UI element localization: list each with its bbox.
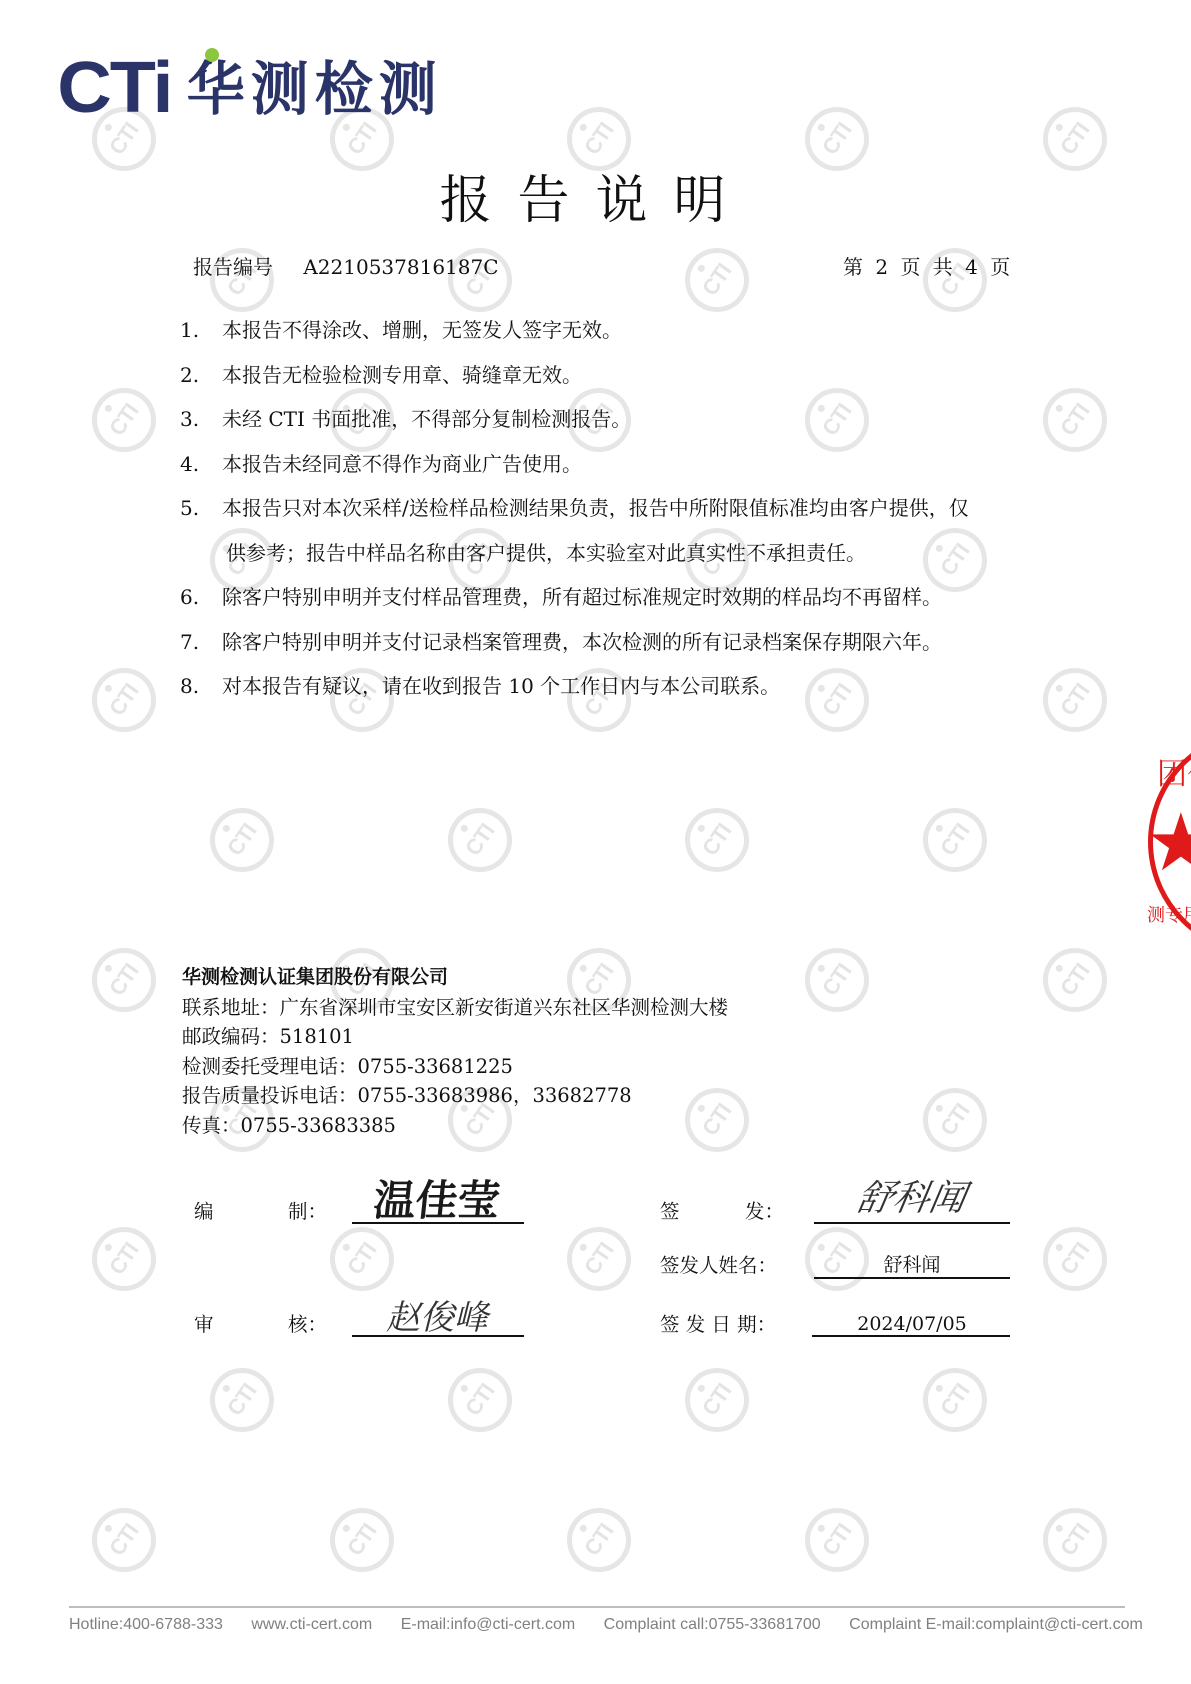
issued-label-b: 发： — [745, 1196, 784, 1224]
issued-signature-line — [814, 1222, 1010, 1224]
reviewed-label-b: 核： — [288, 1309, 327, 1337]
official-seal: 团公 ★ 测专用 — [1148, 728, 1191, 956]
footer-website: www.cti-cert.com — [251, 1616, 372, 1633]
note-item: 1. 本报告不得涂改、增删，无签发人签字无效。 — [180, 308, 1020, 353]
seal-star-icon: ★ — [1145, 803, 1191, 883]
reviewed-signature: 赵俊峰 — [352, 1290, 522, 1339]
note-item: 3. 未经 CTI 书面批准，不得部分复制检测报告。 — [180, 397, 1020, 442]
issue-date: 2024/07/05 — [814, 1313, 1010, 1335]
compiled-label-b: 制： — [288, 1196, 327, 1224]
logo-green-dot — [205, 48, 219, 62]
reviewed-label-a: 审 — [194, 1309, 214, 1337]
company-info: 华测检测认证集团股份有限公司 联系地址：广东省深圳市宝安区新安街道兴东社区华测检… — [182, 963, 728, 1140]
issued-signature: 舒科闻 — [810, 1170, 1015, 1221]
note-item: 5. 本报告只对本次采样/送检样品检测结果负责，报告中所附限值标准均由客户提供，… — [180, 486, 1020, 531]
compiled-signature: 温佳莹 — [349, 1168, 525, 1228]
cti-logo: CTi 华测检测 — [60, 52, 443, 124]
seal-text-bottom: 测专用 — [1147, 901, 1191, 927]
issued-label-a: 签 — [660, 1196, 680, 1224]
footer-email: E-mail:info@cti-cert.com — [401, 1616, 576, 1633]
notes-list: 1. 本报告不得涂改、增删，无签发人签字无效。 2. 本报告无检验检测专用章、骑… — [180, 308, 1020, 709]
compiled-label-a: 编 — [194, 1196, 214, 1224]
issue-date-line — [812, 1335, 1010, 1337]
note-item: 7. 除客户特别申明并支付记录档案管理费，本次检测的所有记录档案保存期限六年。 — [180, 620, 1020, 665]
note-item: 2. 本报告无检验检测专用章、骑缝章无效。 — [180, 353, 1020, 398]
company-name: 华测检测认证集团股份有限公司 — [182, 963, 728, 993]
page-indicator: 第 2 页 共 4 页 — [843, 251, 1013, 280]
report-number-label: 报告编号 — [193, 255, 273, 279]
seal-text-top: 团公 — [1157, 749, 1191, 793]
footer-divider — [69, 1606, 1125, 1608]
footer-hotline: Hotline:400-6788-333 — [69, 1616, 223, 1633]
report-number: 报告编号 A2210537816187C — [193, 251, 499, 280]
entrust-phone: 检测委托受理电话：0755-33681225 — [182, 1052, 728, 1082]
compiled-signature-line — [352, 1222, 524, 1224]
company-address: 联系地址：广东省深圳市宝安区新安街道兴东社区华测检测大楼 — [182, 993, 728, 1023]
footer-complaint-call: Complaint call:0755-33681700 — [604, 1616, 821, 1633]
issuer-name-label: 签发人姓名： — [660, 1250, 777, 1278]
logo-mark: CTi — [57, 52, 171, 124]
note-item: 6. 除客户特别申明并支付样品管理费，所有超过标准规定时效期的样品均不再留样。 — [180, 575, 1020, 620]
logo-chinese-name: 华测检测 — [187, 54, 443, 124]
page-title: 报告说明 — [0, 158, 1191, 233]
note-item-continuation: 供参考；报告中样品名称由客户提供，本实验室对此真实性不承担责任。 — [180, 531, 1020, 576]
issuer-name: 舒科闻 — [814, 1250, 1010, 1277]
issue-date-label: 签 发 日 期： — [660, 1309, 776, 1337]
note-item: 8. 对本报告有疑议，请在收到报告 10 个工作日内与本公司联系。 — [180, 664, 1020, 709]
report-number-value: A2210537816187C — [303, 255, 498, 279]
complaint-phone: 报告质量投诉电话：0755-33683986，33682778 — [182, 1081, 728, 1111]
fax: 传真：0755-33683385 — [182, 1111, 728, 1141]
footer: Hotline:400-6788-333 www.cti-cert.com E-… — [69, 1616, 1167, 1634]
reviewed-signature-line — [352, 1335, 524, 1337]
issuer-name-line — [814, 1277, 1010, 1279]
company-postcode: 邮政编码：518101 — [182, 1022, 728, 1052]
note-item: 4. 本报告未经同意不得作为商业广告使用。 — [180, 442, 1020, 487]
footer-complaint-email: Complaint E-mail:complaint@cti-cert.com — [849, 1616, 1143, 1633]
